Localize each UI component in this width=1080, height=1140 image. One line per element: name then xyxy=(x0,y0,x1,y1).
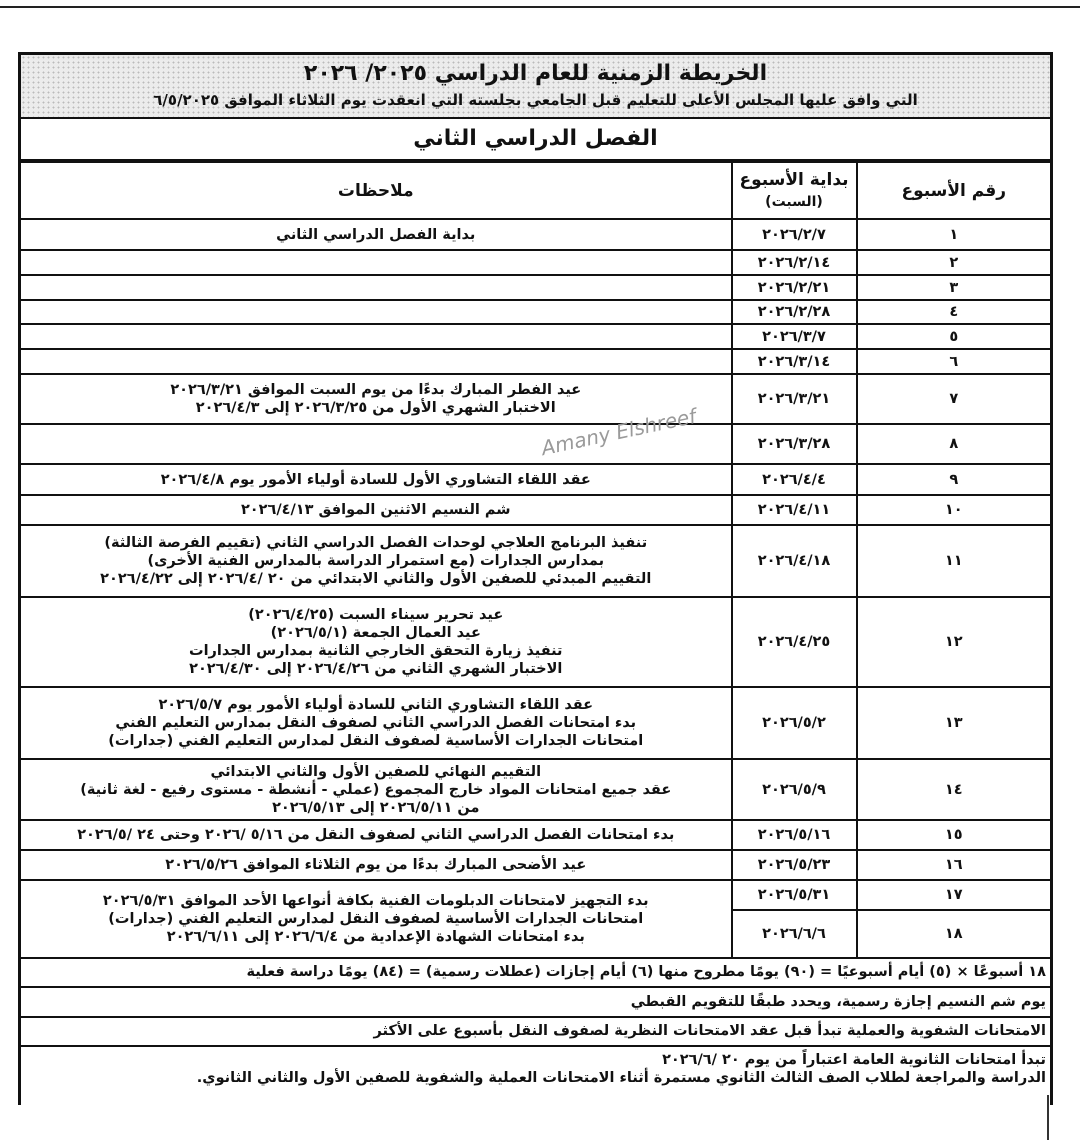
page-edge-line xyxy=(1047,1095,1049,1140)
table-row: ١٣٢٠٢٦/٥/٢عقد اللقاء التشاوري الثاني للس… xyxy=(20,687,1052,759)
note-line: بمدارس الجدارات (مع استمرار الدراسة بالم… xyxy=(25,552,727,570)
note-line: عيد تحرير سيناء السبت (٢٠٢٦/٤/٢٥) xyxy=(25,606,727,624)
week-start-cell: ٢٠٢٦/٤/٤ xyxy=(732,464,857,495)
footer-note-1: ١٨ أسبوعًا × (٥) أيام أسبوعيًا = (٩٠) يو… xyxy=(21,959,1050,988)
week-number-cell: ٨ xyxy=(857,424,1052,464)
notes-cell xyxy=(20,349,732,374)
table-header-row: رقم الأسبوع بداية الأسبوع(السبت) ملاحظات xyxy=(20,162,1052,219)
notes-cell: شم النسيم الاثنين الموافق ٢٠٢٦/٤/١٣ xyxy=(20,495,732,525)
footer-note-2-text: يوم شم النسيم إجازة رسمية، ويحدد طبقًا ل… xyxy=(631,994,1046,1010)
schedule-table: رقم الأسبوع بداية الأسبوع(السبت) ملاحظات… xyxy=(18,161,1053,959)
footer-note-2: يوم شم النسيم إجازة رسمية، ويحدد طبقًا ل… xyxy=(21,988,1050,1018)
table-row: ٨٢٠٢٦/٣/٢٨ xyxy=(20,424,1052,464)
table-row: ١٢٠٢٦/٢/٧بداية الفصل الدراسي الثاني xyxy=(20,219,1052,250)
document-title: الخريطة الزمنية للعام الدراسي ٢٠٢٥/ ٢٠٢٦ xyxy=(21,55,1050,89)
week-start-cell: ٢٠٢٦/٦/٦ xyxy=(732,910,857,958)
note-line: بدء امتحانات الشهادة الإعدادية من ٢٠٢٦/٦… xyxy=(25,928,727,946)
table-row: ١٧٢٠٢٦/٥/٣١بدء التجهيز لامتحانات الدبلوم… xyxy=(20,880,1052,910)
note-line: عيد الأضحى المبارك بدءًا من يوم الثلاثاء… xyxy=(25,856,727,874)
week-number-cell: ٧ xyxy=(857,374,1052,424)
table-row: ٣٢٠٢٦/٢/٢١ xyxy=(20,275,1052,300)
week-start-cell: ٢٠٢٦/٢/٧ xyxy=(732,219,857,250)
note-line: عقد جميع امتحانات المواد خارج المجموع (ع… xyxy=(25,781,727,799)
footer-note-4-line-2: الدراسة والمراجعة لطلاب الصف الثالث الثا… xyxy=(25,1069,1046,1087)
note-line: بدء التجهيز لامتحانات الدبلومات الفنية ب… xyxy=(25,892,727,910)
notes-cell xyxy=(20,324,732,349)
table-row: ١٢٢٠٢٦/٤/٢٥عيد تحرير سيناء السبت (٢٠٢٦/٤… xyxy=(20,597,1052,687)
table-row: ٦٢٠٢٦/٣/١٤ xyxy=(20,349,1052,374)
table-row: ١١٢٠٢٦/٤/١٨تنفيذ البرنامج العلاجي لوحدات… xyxy=(20,525,1052,597)
note-line: بدء امتحانات الفصل الدراسي الثاني لصفوف … xyxy=(25,826,727,844)
notes-cell: عيد الأضحى المبارك بدءًا من يوم الثلاثاء… xyxy=(20,850,732,880)
week-number-cell: ١٣ xyxy=(857,687,1052,759)
footer-note-3: الامتحانات الشفوية والعملية تبدأ قبل عقد… xyxy=(21,1018,1050,1047)
week-number-cell: ١٧ xyxy=(857,880,1052,910)
note-line: عقد اللقاء التشاوري الأول للسادة أولياء … xyxy=(25,471,727,489)
note-line: امتحانات الجدارات الأساسية لصفوف النقل ل… xyxy=(25,910,727,928)
note-line: عيد الفطر المبارك بدءًا من يوم السبت الم… xyxy=(25,381,727,399)
table-row: ٤٢٠٢٦/٢/٢٨ xyxy=(20,300,1052,324)
week-number-cell: ١٥ xyxy=(857,820,1052,850)
week-number-cell: ٣ xyxy=(857,275,1052,300)
notes-cell: عيد تحرير سيناء السبت (٢٠٢٦/٤/٢٥)عيد الع… xyxy=(20,597,732,687)
note-line: الاختبار الشهري الأول من ٢٠٢٦/٣/٢٥ إلى ٢… xyxy=(25,399,727,417)
note-line: شم النسيم الاثنين الموافق ٢٠٢٦/٤/١٣ xyxy=(25,501,727,519)
week-number-cell: ١٠ xyxy=(857,495,1052,525)
document-subtitle: التي وافق عليها المجلس الأعلى للتعليم قب… xyxy=(21,89,1050,111)
header-week-start-label: بداية الأسبوع xyxy=(737,169,852,191)
notes-cell: عقد اللقاء التشاوري الثاني للسادة أولياء… xyxy=(20,687,732,759)
week-start-cell: ٢٠٢٦/٢/١٤ xyxy=(732,250,857,275)
semester-heading: الفصل الدراسي الثاني xyxy=(18,119,1053,161)
header-notes: ملاحظات xyxy=(20,162,732,219)
table-row: ٢٢٠٢٦/٢/١٤ xyxy=(20,250,1052,275)
week-start-cell: ٢٠٢٦/٥/٩ xyxy=(732,759,857,820)
week-start-cell: ٢٠٢٦/٤/٢٥ xyxy=(732,597,857,687)
week-number-cell: ١٨ xyxy=(857,910,1052,958)
week-start-cell: ٢٠٢٦/٥/٢٣ xyxy=(732,850,857,880)
notes-cell xyxy=(20,300,732,324)
week-start-cell: ٢٠٢٦/٢/٢١ xyxy=(732,275,857,300)
timeline-document: الخريطة الزمنية للعام الدراسي ٢٠٢٥/ ٢٠٢٦… xyxy=(18,52,1053,1105)
note-line: عقد اللقاء التشاوري الثاني للسادة أولياء… xyxy=(25,696,727,714)
notes-cell: بداية الفصل الدراسي الثاني xyxy=(20,219,732,250)
week-number-cell: ٩ xyxy=(857,464,1052,495)
week-start-cell: ٢٠٢٦/٥/١٦ xyxy=(732,820,857,850)
notes-cell: بدء امتحانات الفصل الدراسي الثاني لصفوف … xyxy=(20,820,732,850)
week-number-cell: ٤ xyxy=(857,300,1052,324)
week-start-cell: ٢٠٢٦/٥/٣١ xyxy=(732,880,857,910)
notes-cell xyxy=(20,275,732,300)
week-start-cell: ٢٠٢٦/٤/١١ xyxy=(732,495,857,525)
week-number-cell: ٢ xyxy=(857,250,1052,275)
week-start-cell: ٢٠٢٦/٣/٧ xyxy=(732,324,857,349)
notes-cell: التقييم النهائي للصفين الأول والثاني الا… xyxy=(20,759,732,820)
week-start-cell: ٢٠٢٦/٣/١٤ xyxy=(732,349,857,374)
week-number-cell: ١٢ xyxy=(857,597,1052,687)
note-line: بدء امتحانات الفصل الدراسي الثاني لصفوف … xyxy=(25,714,727,732)
table-row: ٩٢٠٢٦/٤/٤عقد اللقاء التشاوري الأول للساد… xyxy=(20,464,1052,495)
footer-note-4-line-1: تبدأ امتحانات الثانوية العامة اعتباراً م… xyxy=(25,1051,1046,1069)
week-start-cell: ٢٠٢٦/٤/١٨ xyxy=(732,525,857,597)
week-number-cell: ٦ xyxy=(857,349,1052,374)
notes-cell: عيد الفطر المبارك بدءًا من يوم السبت الم… xyxy=(20,374,732,424)
note-line: من ٢٠٢٦/٥/١١ إلى ٢٠٢٦/٥/١٣ xyxy=(25,799,727,817)
page-top-edge xyxy=(0,0,1080,8)
week-start-cell: ٢٠٢٦/٥/٢ xyxy=(732,687,857,759)
table-row: ١٠٢٠٢٦/٤/١١شم النسيم الاثنين الموافق ٢٠٢… xyxy=(20,495,1052,525)
week-number-cell: ١٤ xyxy=(857,759,1052,820)
note-line: تنفيذ زيارة التحقق الخارجي الثانية بمدار… xyxy=(25,642,727,660)
notes-cell xyxy=(20,250,732,275)
footer-note-4: تبدأ امتحانات الثانوية العامة اعتباراً م… xyxy=(21,1047,1050,1105)
table-row: ١٦٢٠٢٦/٥/٢٣عيد الأضحى المبارك بدءًا من ي… xyxy=(20,850,1052,880)
footer-notes: ١٨ أسبوعًا × (٥) أيام أسبوعيًا = (٩٠) يو… xyxy=(18,959,1053,1105)
table-row: ١٤٢٠٢٦/٥/٩التقييم النهائي للصفين الأول و… xyxy=(20,759,1052,820)
note-line: عيد العمال الجمعة (٢٠٢٦/٥/١) xyxy=(25,624,727,642)
notes-cell: بدء التجهيز لامتحانات الدبلومات الفنية ب… xyxy=(20,880,732,958)
footer-note-1-text: ١٨ أسبوعًا × (٥) أيام أسبوعيًا = (٩٠) يو… xyxy=(246,964,1046,980)
notes-cell: تنفيذ البرنامج العلاجي لوحدات الفصل الدر… xyxy=(20,525,732,597)
week-number-cell: ١ xyxy=(857,219,1052,250)
title-box: الخريطة الزمنية للعام الدراسي ٢٠٢٥/ ٢٠٢٦… xyxy=(18,52,1053,119)
header-week-number: رقم الأسبوع xyxy=(857,162,1052,219)
week-number-cell: ١١ xyxy=(857,525,1052,597)
header-week-start: بداية الأسبوع(السبت) xyxy=(732,162,857,219)
note-line: التقييم المبدئي للصفين الأول والثاني الا… xyxy=(25,570,727,588)
table-row: ٥٢٠٢٦/٣/٧ xyxy=(20,324,1052,349)
week-start-cell: ٢٠٢٦/٣/٢٨ xyxy=(732,424,857,464)
table-row: ٧٢٠٢٦/٣/٢١عيد الفطر المبارك بدءًا من يوم… xyxy=(20,374,1052,424)
note-line: تنفيذ البرنامج العلاجي لوحدات الفصل الدر… xyxy=(25,534,727,552)
week-start-cell: ٢٠٢٦/٢/٢٨ xyxy=(732,300,857,324)
week-start-cell: ٢٠٢٦/٣/٢١ xyxy=(732,374,857,424)
table-row: ١٥٢٠٢٦/٥/١٦بدء امتحانات الفصل الدراسي ال… xyxy=(20,820,1052,850)
week-number-cell: ٥ xyxy=(857,324,1052,349)
notes-cell: عقد اللقاء التشاوري الأول للسادة أولياء … xyxy=(20,464,732,495)
footer-note-3-text: الامتحانات الشفوية والعملية تبدأ قبل عقد… xyxy=(373,1023,1046,1039)
note-line: الاختبار الشهري الثاني من ٢٠٢٦/٤/٢٦ إلى … xyxy=(25,660,727,678)
note-line: التقييم النهائي للصفين الأول والثاني الا… xyxy=(25,763,727,781)
header-week-start-sub: (السبت) xyxy=(737,191,852,213)
note-line: بداية الفصل الدراسي الثاني xyxy=(25,226,727,244)
week-number-cell: ١٦ xyxy=(857,850,1052,880)
note-line: امتحانات الجدارات الأساسية لصفوف النقل ل… xyxy=(25,732,727,750)
